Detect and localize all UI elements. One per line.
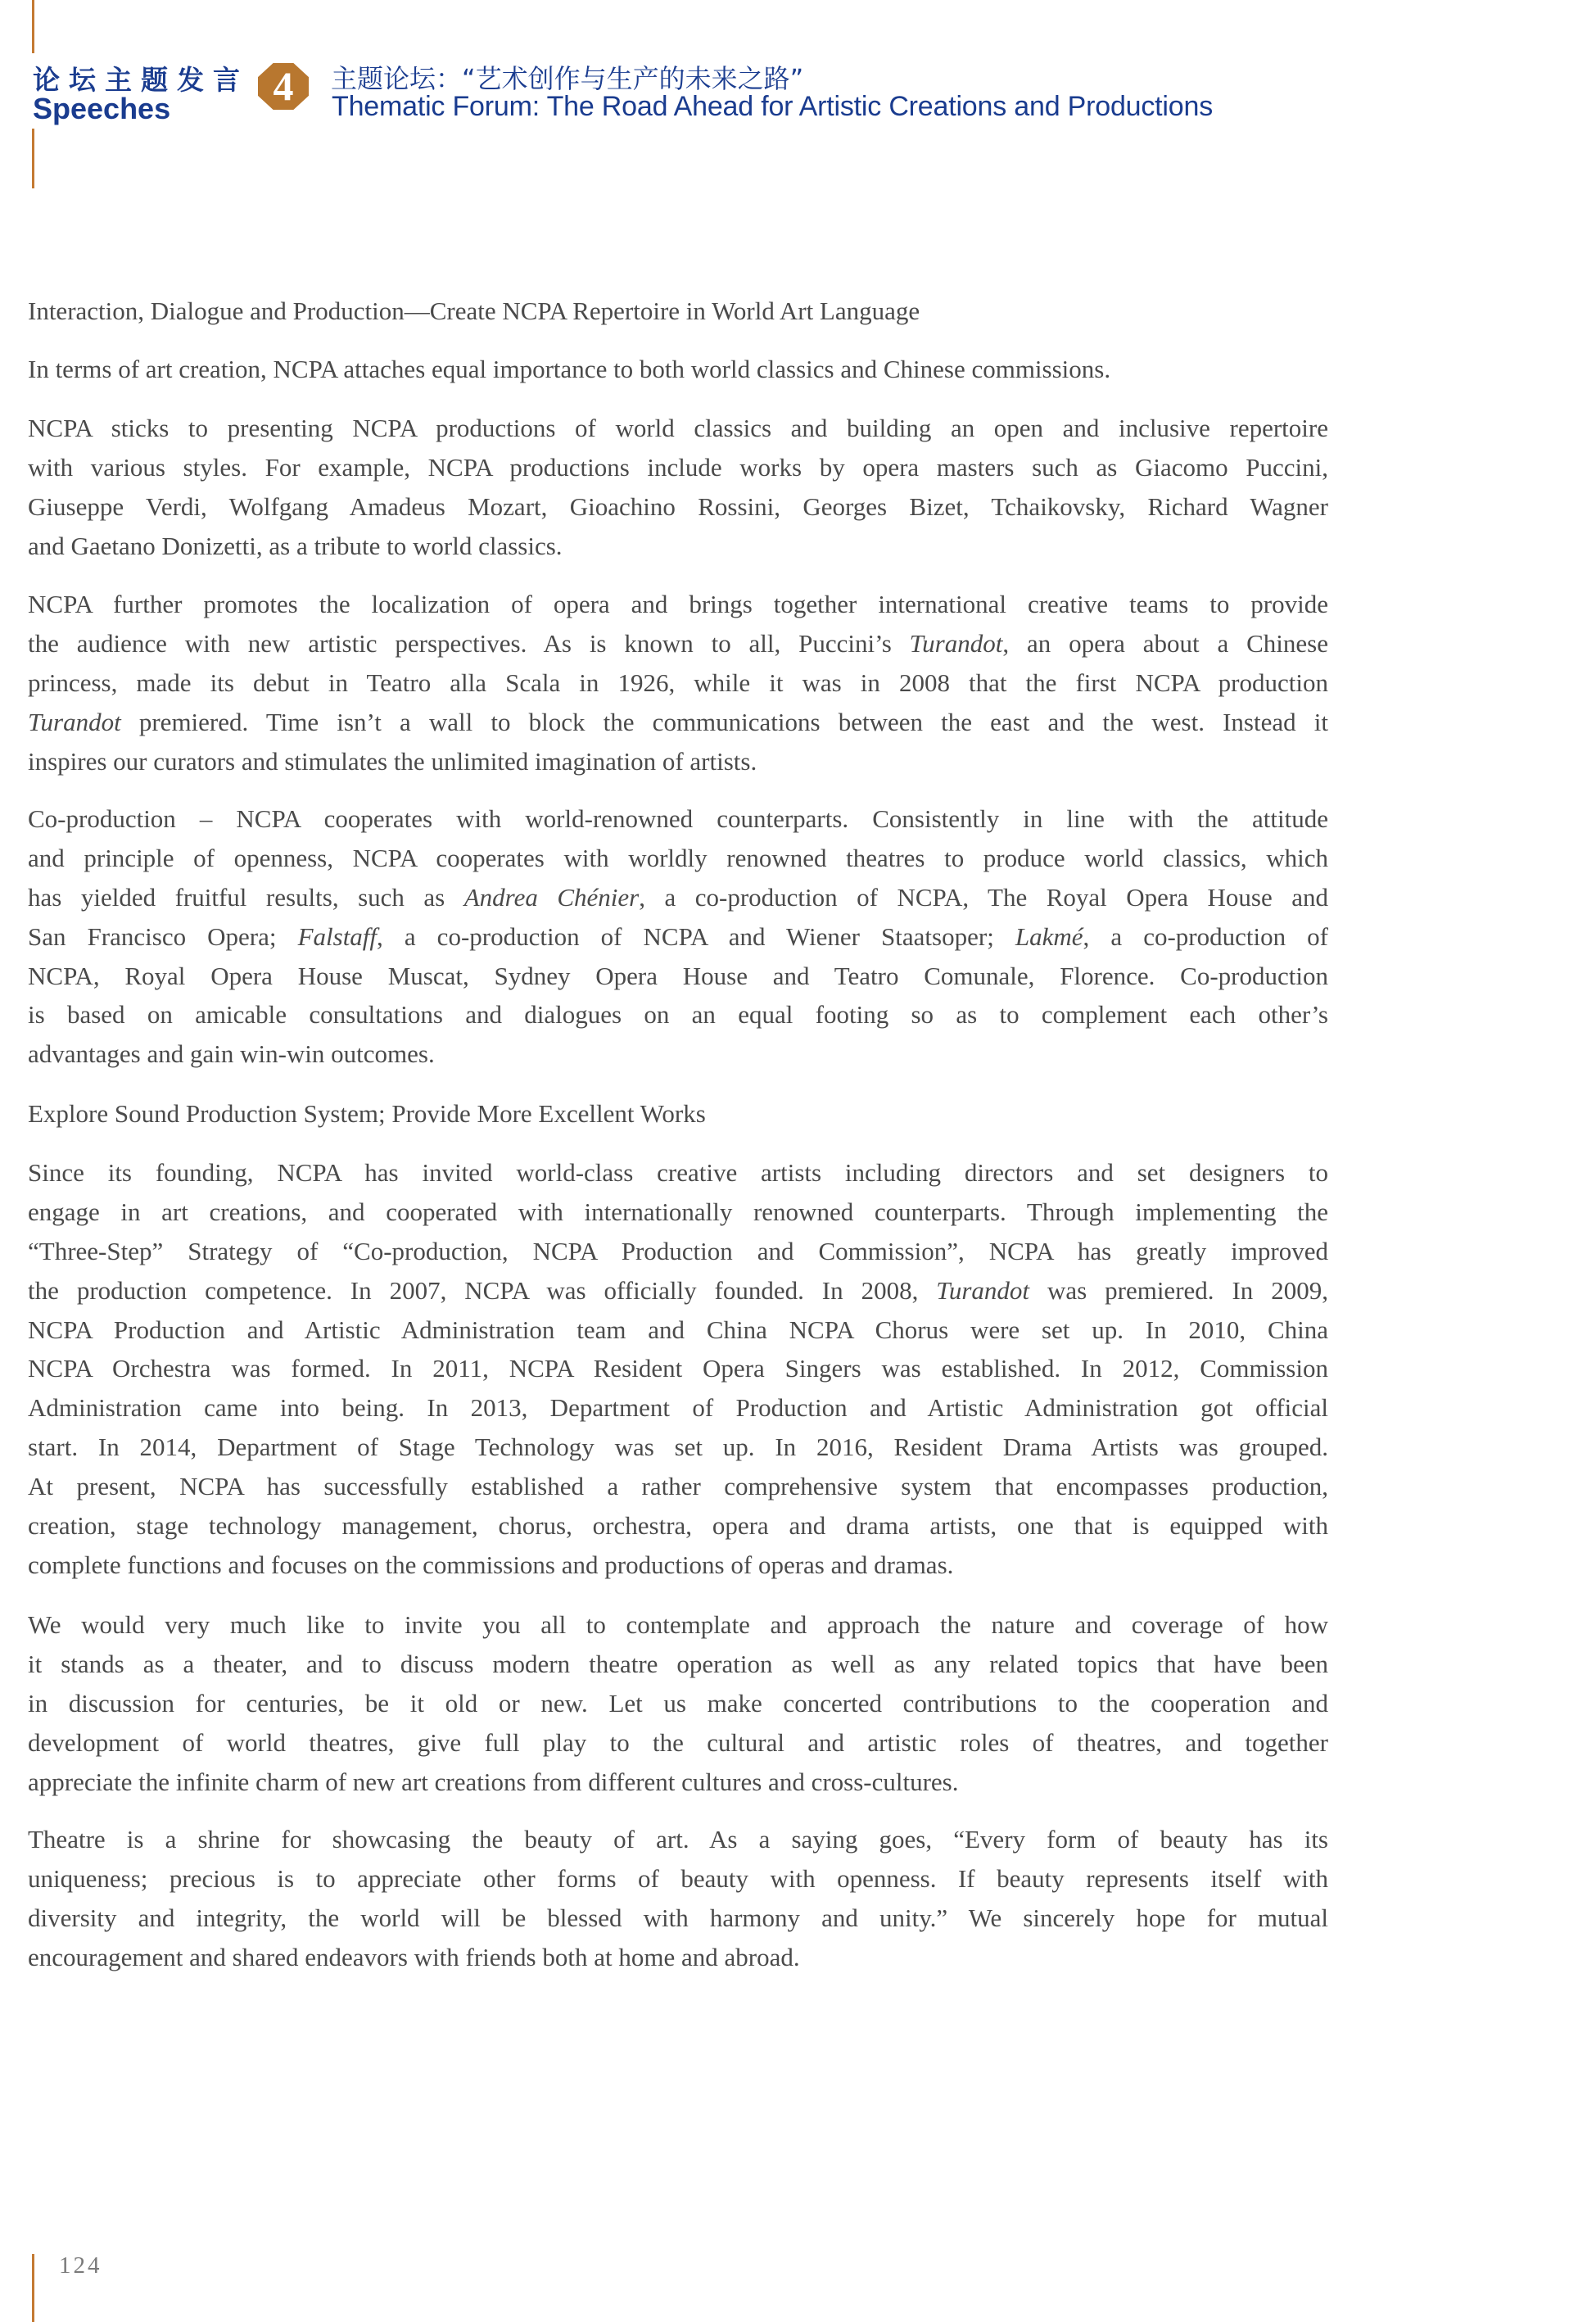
text-run: the audience with new artistic perspecti… xyxy=(28,629,910,658)
text-run: is based on amicable consultations and d… xyxy=(28,1000,1328,1029)
italic-title: Turandot xyxy=(910,629,1003,658)
text-line: Interaction, Dialogue and Production—Cre… xyxy=(28,292,1328,331)
text-line: At present, NCPA has successfully establ… xyxy=(28,1467,1328,1506)
text-line: Administration came into being. In 2013,… xyxy=(28,1388,1328,1428)
text-line: San Francisco Opera; Falstaff, a co-prod… xyxy=(28,917,1328,957)
text-run: creation, stage technology management, c… xyxy=(28,1511,1328,1540)
text-run: it stands as a theater, and to discuss m… xyxy=(28,1650,1328,1678)
text-run: complete functions and focuses on the co… xyxy=(28,1550,953,1579)
text-run: , a co-production of NCPA, The Royal Ope… xyxy=(639,883,1328,912)
text-run: has yielded fruitful results, such as xyxy=(28,883,464,912)
text-line: and Gaetano Donizetti, as a tribute to w… xyxy=(28,527,1328,566)
text-line: In terms of art creation, NCPA attaches … xyxy=(28,350,1328,389)
text-run: NCPA Orchestra was formed. In 2011, NCPA… xyxy=(28,1354,1328,1383)
text-line: Giuseppe Verdi, Wolfgang Amadeus Mozart,… xyxy=(28,487,1328,527)
text-run: , an opera about a Chinese xyxy=(1002,629,1328,658)
text-run: We would very much like to invite you al… xyxy=(28,1610,1328,1639)
text-line: inspires our curators and stimulates the… xyxy=(28,742,1328,781)
body-paragraph: In terms of art creation, NCPA attaches … xyxy=(28,350,1328,389)
text-run: appreciate the infinite charm of new art… xyxy=(28,1768,958,1796)
text-line: Turandot premiered. Time isn’t a wall to… xyxy=(28,703,1328,742)
text-line: complete functions and focuses on the co… xyxy=(28,1546,1328,1585)
text-run: NCPA further promotes the localization o… xyxy=(28,590,1328,618)
text-run: NCPA, Royal Opera House Muscat, Sydney O… xyxy=(28,962,1328,990)
text-run: At present, NCPA has successfully establ… xyxy=(28,1472,1328,1500)
text-line: encouragement and shared endeavors with … xyxy=(28,1938,1328,1977)
text-line: NCPA, Royal Opera House Muscat, Sydney O… xyxy=(28,957,1328,996)
italic-title: Falstaff xyxy=(298,922,377,951)
body-paragraph: NCPA further promotes the localization o… xyxy=(28,585,1328,781)
text-line: Theatre is a shrine for showcasing the b… xyxy=(28,1820,1328,1859)
text-run: development of world theatres, give full… xyxy=(28,1728,1328,1757)
text-line: development of world theatres, give full… xyxy=(28,1723,1328,1763)
text-line: NCPA Orchestra was formed. In 2011, NCPA… xyxy=(28,1349,1328,1388)
body-paragraph: We would very much like to invite you al… xyxy=(28,1605,1328,1801)
text-run: Explore Sound Production System; Provide… xyxy=(28,1099,706,1128)
italic-title: Turandot xyxy=(936,1276,1029,1305)
section-heading: Explore Sound Production System; Provide… xyxy=(28,1094,1328,1134)
text-line: diversity and integrity, the world will … xyxy=(28,1899,1328,1938)
text-run: engage in art creations, and cooperated … xyxy=(28,1197,1328,1226)
body-paragraph: Co-production – NCPA cooperates with wor… xyxy=(28,799,1328,1074)
text-run: Co-production – NCPA cooperates with wor… xyxy=(28,804,1328,833)
text-line: NCPA Production and Artistic Administrat… xyxy=(28,1310,1328,1350)
section-heading: Interaction, Dialogue and Production—Cre… xyxy=(28,292,1328,331)
text-run: San Francisco Opera; xyxy=(28,922,298,951)
page-number: 124 xyxy=(59,2252,102,2279)
text-line: engage in art creations, and cooperated … xyxy=(28,1193,1328,1232)
body-paragraph: Theatre is a shrine for showcasing the b… xyxy=(28,1820,1328,1977)
text-run: and Gaetano Donizetti, as a tribute to w… xyxy=(28,532,563,560)
section-label-en: Speeches xyxy=(33,92,170,126)
text-run: uniqueness; precious is to appreciate ot… xyxy=(28,1864,1328,1893)
text-run: encouragement and shared endeavors with … xyxy=(28,1943,800,1971)
text-run: start. In 2014, Department of Stage Tech… xyxy=(28,1433,1328,1461)
text-line: We would very much like to invite you al… xyxy=(28,1605,1328,1645)
footer-accent-line xyxy=(32,2254,34,2322)
text-line: the production competence. In 2007, NCPA… xyxy=(28,1271,1328,1310)
text-run: , a co-production of NCPA and Wiener Sta… xyxy=(377,922,1015,951)
text-run: Giuseppe Verdi, Wolfgang Amadeus Mozart,… xyxy=(28,492,1328,521)
page-title-en: Thematic Forum: The Road Ahead for Artis… xyxy=(332,91,1213,123)
text-line: with various styles. For example, NCPA p… xyxy=(28,448,1328,487)
chapter-number-badge: 4 xyxy=(258,63,309,110)
text-line: NCPA sticks to presenting NCPA productio… xyxy=(28,409,1328,448)
text-line: Since its founding, NCPA has invited wor… xyxy=(28,1153,1328,1193)
text-line: has yielded fruitful results, such as An… xyxy=(28,878,1328,917)
text-line: “Three-Step” Strategy of “Co-production,… xyxy=(28,1232,1328,1271)
body-paragraph: Since its founding, NCPA has invited wor… xyxy=(28,1153,1328,1585)
text-run: “Three-Step” Strategy of “Co-production,… xyxy=(28,1237,1328,1265)
header-accent-line-top xyxy=(32,0,34,53)
header-accent-line-bottom xyxy=(32,129,34,188)
text-run: inspires our curators and stimulates the… xyxy=(28,747,757,776)
text-line: is based on amicable consultations and d… xyxy=(28,995,1328,1034)
text-run: NCPA sticks to presenting NCPA productio… xyxy=(28,414,1328,442)
text-run: Administration came into being. In 2013,… xyxy=(28,1393,1328,1422)
text-line: in discussion for centuries, be it old o… xyxy=(28,1684,1328,1723)
text-line: the audience with new artistic perspecti… xyxy=(28,624,1328,663)
text-line: appreciate the infinite charm of new art… xyxy=(28,1763,1328,1802)
text-line: princess, made its debut in Teatro alla … xyxy=(28,663,1328,703)
text-run: , a co-production of xyxy=(1083,922,1328,951)
text-line: Co-production – NCPA cooperates with wor… xyxy=(28,799,1328,839)
text-line: it stands as a theater, and to discuss m… xyxy=(28,1645,1328,1684)
text-run: advantages and gain win-win outcomes. xyxy=(28,1039,435,1068)
text-run: premiered. Time isn’t a wall to block th… xyxy=(121,708,1328,736)
text-run: princess, made its debut in Teatro alla … xyxy=(28,668,1328,697)
text-run: NCPA Production and Artistic Administrat… xyxy=(28,1315,1328,1344)
text-run: Interaction, Dialogue and Production—Cre… xyxy=(28,296,920,325)
italic-title: Andrea Chénier xyxy=(464,883,640,912)
text-line: start. In 2014, Department of Stage Tech… xyxy=(28,1428,1328,1467)
text-run: Theatre is a shrine for showcasing the b… xyxy=(28,1825,1328,1854)
text-run: with various styles. For example, NCPA p… xyxy=(28,453,1328,482)
italic-title: Lakmé xyxy=(1015,922,1083,951)
text-run: in discussion for centuries, be it old o… xyxy=(28,1689,1328,1718)
text-line: uniqueness; precious is to appreciate ot… xyxy=(28,1859,1328,1899)
text-run: Since its founding, NCPA has invited wor… xyxy=(28,1158,1328,1187)
text-line: creation, stage technology management, c… xyxy=(28,1506,1328,1546)
text-run: was premiered. In 2009, xyxy=(1029,1276,1328,1305)
text-line: Explore Sound Production System; Provide… xyxy=(28,1094,1328,1134)
text-run: In terms of art creation, NCPA attaches … xyxy=(28,355,1110,383)
text-run: and principle of openness, NCPA cooperat… xyxy=(28,844,1328,872)
text-run: the production competence. In 2007, NCPA… xyxy=(28,1276,936,1305)
italic-title: Turandot xyxy=(28,708,121,736)
text-line: and principle of openness, NCPA cooperat… xyxy=(28,839,1328,878)
text-line: NCPA further promotes the localization o… xyxy=(28,585,1328,624)
text-run: diversity and integrity, the world will … xyxy=(28,1903,1328,1932)
text-line: advantages and gain win-win outcomes. xyxy=(28,1034,1328,1074)
body-paragraph: NCPA sticks to presenting NCPA productio… xyxy=(28,409,1328,566)
